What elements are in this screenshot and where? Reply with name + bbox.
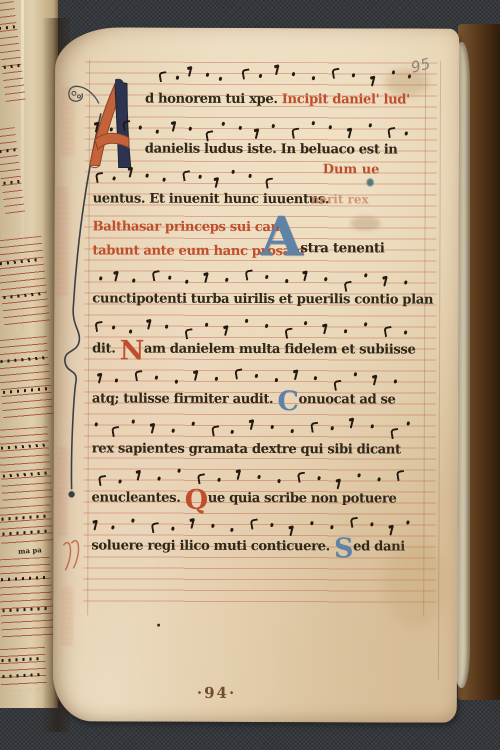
neume bbox=[406, 520, 410, 524]
neume bbox=[109, 127, 113, 131]
neume bbox=[277, 479, 281, 483]
neume bbox=[257, 475, 261, 479]
neume bbox=[371, 77, 375, 86]
marginal-text: nerit rex bbox=[311, 192, 369, 206]
neume bbox=[271, 425, 275, 429]
neume bbox=[389, 526, 393, 535]
neume bbox=[383, 277, 387, 286]
neume bbox=[191, 421, 195, 425]
neume bbox=[254, 374, 258, 378]
neume bbox=[178, 468, 182, 472]
text-run: rex sapientes gramata dextre qui sibi di… bbox=[92, 441, 401, 457]
neume bbox=[310, 422, 320, 433]
facing-page-notes bbox=[0, 258, 42, 265]
neume bbox=[297, 472, 307, 483]
neume bbox=[189, 126, 193, 130]
neume bbox=[132, 278, 136, 282]
neume bbox=[370, 522, 374, 526]
neume bbox=[205, 322, 209, 326]
stain bbox=[351, 216, 381, 230]
ghost-text bbox=[61, 587, 73, 647]
neume bbox=[293, 371, 297, 380]
neume bbox=[158, 476, 162, 480]
neume bbox=[310, 521, 314, 525]
neume bbox=[134, 370, 144, 381]
neume bbox=[128, 168, 132, 177]
neume bbox=[274, 378, 278, 382]
neume bbox=[204, 274, 208, 283]
facing-page-staff-group bbox=[0, 647, 47, 691]
neume bbox=[145, 173, 149, 177]
neume bbox=[364, 322, 368, 326]
neume bbox=[225, 278, 229, 282]
neume bbox=[242, 68, 252, 79]
neume bbox=[354, 372, 358, 376]
neume bbox=[112, 176, 116, 180]
text-run: ue quia scribe non potuere bbox=[208, 491, 397, 507]
neume bbox=[171, 428, 175, 432]
neume bbox=[168, 275, 172, 279]
facing-page-notes bbox=[2, 673, 44, 678]
marginal-text: Dum ue bbox=[323, 162, 380, 177]
neume bbox=[290, 527, 294, 536]
text-line: d honorem tui xpe. Incipit daniel' lud' bbox=[93, 91, 477, 116]
marginal-text: stra tenenti bbox=[300, 240, 384, 256]
music-line bbox=[92, 466, 424, 489]
manuscript-page: d honorem tui xpe. Incipit daniel' lud'd… bbox=[53, 27, 459, 722]
manuscript-photo: ma pa d honorem tui xpe. bbox=[0, 0, 500, 750]
neume bbox=[314, 376, 318, 380]
music-line bbox=[91, 514, 423, 537]
neume bbox=[394, 379, 398, 383]
neume bbox=[217, 478, 221, 482]
blue-initial-astra: A bbox=[260, 212, 302, 261]
neume bbox=[156, 129, 160, 133]
neume bbox=[171, 123, 175, 132]
music-line bbox=[93, 117, 425, 140]
music-line bbox=[92, 416, 424, 439]
neume bbox=[312, 121, 316, 125]
folio-number-ink: ·94· bbox=[197, 684, 236, 702]
neume bbox=[404, 330, 408, 334]
neume bbox=[244, 269, 254, 280]
neume bbox=[128, 329, 132, 333]
inline-initial: N bbox=[120, 336, 144, 367]
neume bbox=[95, 123, 99, 132]
neume bbox=[95, 422, 99, 426]
neume bbox=[254, 130, 258, 139]
inline-initial: C bbox=[277, 386, 298, 417]
text-run: soluere regi ilico muti conticuere. bbox=[91, 538, 334, 554]
neume bbox=[396, 470, 406, 481]
facing-page-notes bbox=[0, 26, 15, 31]
text-run: onuocat ad se bbox=[298, 392, 395, 407]
neume bbox=[275, 66, 279, 75]
neume bbox=[270, 523, 274, 527]
inline-initial: S bbox=[334, 533, 353, 564]
neume bbox=[197, 473, 207, 484]
neume bbox=[118, 479, 122, 483]
neume bbox=[214, 179, 218, 188]
neume bbox=[150, 425, 154, 434]
neume bbox=[206, 72, 210, 76]
neume bbox=[373, 376, 377, 385]
neume bbox=[344, 329, 348, 333]
neume bbox=[323, 325, 327, 334]
neume bbox=[352, 73, 356, 77]
neume bbox=[214, 377, 218, 381]
neume bbox=[222, 122, 226, 126]
neume bbox=[219, 77, 223, 81]
neume bbox=[312, 76, 316, 80]
neume bbox=[94, 521, 98, 530]
neume bbox=[384, 326, 394, 337]
neume bbox=[344, 281, 354, 292]
neume bbox=[284, 328, 294, 339]
text-line: cunctipotenti turba uirilis et puerilis … bbox=[92, 291, 424, 316]
neume bbox=[248, 174, 252, 178]
facing-page-notes bbox=[1, 444, 47, 450]
text-line: rex sapientes gramata dextre qui sibi di… bbox=[92, 441, 424, 466]
facing-page-fragment-text: ma pa bbox=[18, 545, 42, 556]
neume bbox=[336, 480, 340, 489]
neume bbox=[347, 129, 351, 138]
facing-page-notes bbox=[1, 657, 43, 662]
neume bbox=[370, 424, 374, 428]
text-run: am danielem multa fidelem et subiisse bbox=[144, 342, 416, 358]
neume bbox=[190, 520, 194, 529]
neume bbox=[122, 120, 132, 131]
neume bbox=[405, 131, 409, 135]
neume bbox=[407, 421, 411, 425]
neume bbox=[284, 279, 288, 283]
neume bbox=[350, 419, 354, 428]
neume bbox=[304, 272, 308, 281]
neume bbox=[112, 325, 116, 329]
neume bbox=[131, 518, 135, 522]
neume bbox=[330, 525, 334, 529]
neume bbox=[171, 526, 175, 530]
facing-page-notes bbox=[4, 64, 20, 69]
ink-blot bbox=[367, 178, 374, 186]
neume bbox=[165, 324, 169, 328]
neume bbox=[199, 174, 203, 178]
neume bbox=[245, 319, 249, 323]
facing-page-notes bbox=[3, 292, 45, 299]
music-line bbox=[92, 366, 424, 389]
neume bbox=[330, 426, 334, 430]
neume bbox=[265, 177, 275, 188]
text-run: atq; tulisse firmiter audit. bbox=[92, 391, 278, 407]
neume bbox=[185, 279, 189, 283]
neume bbox=[155, 375, 159, 379]
text-line: dit. Nam danielem multa fidelem et subii… bbox=[92, 341, 424, 366]
neume bbox=[115, 378, 119, 382]
neume bbox=[211, 524, 215, 528]
neume bbox=[182, 170, 192, 181]
neume bbox=[184, 328, 194, 339]
neume bbox=[292, 72, 296, 76]
text-run: Balthasar princeps sui can bbox=[92, 219, 279, 235]
neume bbox=[377, 477, 381, 481]
neume bbox=[194, 372, 198, 381]
neume bbox=[139, 125, 143, 129]
neume bbox=[265, 275, 269, 279]
neume bbox=[176, 75, 180, 79]
neume bbox=[188, 68, 192, 77]
neume bbox=[259, 74, 263, 78]
inline-initial: Q bbox=[185, 485, 208, 516]
text-run: Incipit daniel' lud' bbox=[282, 92, 410, 107]
neume bbox=[388, 127, 398, 138]
neume bbox=[331, 68, 341, 79]
neume bbox=[334, 380, 344, 391]
facing-page-notes bbox=[0, 148, 16, 153]
text-run: d honorem tui xpe. bbox=[145, 92, 282, 107]
neume bbox=[148, 321, 152, 330]
neume bbox=[404, 280, 408, 284]
neume bbox=[237, 471, 241, 480]
text-run: dit. bbox=[92, 341, 120, 356]
neume bbox=[264, 324, 268, 328]
music-line bbox=[93, 63, 425, 86]
text-line: uentus. Et inuenit hunc iuuentus. bbox=[93, 191, 425, 216]
neume bbox=[231, 430, 235, 434]
neume bbox=[350, 517, 360, 528]
text-line: soluere regi ilico muti conticuere. Sed … bbox=[91, 538, 423, 563]
text-line: danielis ludus iste. In beluaco est in bbox=[93, 141, 477, 166]
neume bbox=[95, 172, 105, 183]
neume bbox=[232, 170, 236, 174]
neume bbox=[250, 421, 254, 430]
neume bbox=[150, 522, 160, 533]
neume bbox=[239, 126, 243, 130]
speck bbox=[157, 624, 160, 627]
neume bbox=[111, 525, 115, 529]
neume bbox=[364, 273, 368, 277]
neume bbox=[250, 518, 260, 529]
neume bbox=[291, 128, 301, 139]
text-run: enucleantes. bbox=[92, 490, 185, 505]
neume bbox=[97, 475, 107, 486]
neume bbox=[224, 327, 228, 336]
neume bbox=[99, 276, 103, 280]
text-run: cunctipotenti turba uirilis et puerilis … bbox=[92, 291, 433, 307]
neume bbox=[151, 270, 161, 281]
neume bbox=[390, 428, 400, 439]
facing-page-notes bbox=[3, 180, 19, 185]
neume bbox=[304, 321, 308, 325]
neume bbox=[137, 471, 141, 480]
facing-page-notes bbox=[0, 356, 46, 363]
neume bbox=[175, 379, 179, 383]
neume bbox=[368, 123, 372, 127]
neume bbox=[357, 473, 361, 477]
red-flourish bbox=[57, 525, 93, 585]
neume bbox=[95, 321, 105, 332]
neume bbox=[328, 125, 332, 129]
neume bbox=[159, 71, 169, 82]
neume bbox=[230, 528, 234, 532]
neume bbox=[115, 272, 119, 281]
neume bbox=[317, 476, 321, 480]
neume bbox=[324, 277, 328, 281]
text-run: danielis ludus iste. In beluaco est in bbox=[145, 142, 398, 158]
neume bbox=[211, 425, 221, 436]
text-line: atq; tulisse firmiter audit. Conuocat ad… bbox=[92, 391, 424, 416]
neume bbox=[234, 368, 244, 379]
neume bbox=[111, 426, 121, 437]
stain bbox=[383, 538, 447, 628]
neume bbox=[205, 130, 215, 141]
music-line bbox=[92, 267, 424, 290]
text-block: d honorem tui xpe. Incipit daniel' lud'd… bbox=[91, 27, 425, 628]
neume bbox=[162, 177, 166, 181]
text-line: enucleantes. Que quia scribe non potuere bbox=[92, 490, 424, 515]
neume bbox=[131, 419, 135, 423]
neume bbox=[272, 124, 276, 128]
neume bbox=[291, 429, 295, 433]
neume bbox=[98, 374, 102, 383]
